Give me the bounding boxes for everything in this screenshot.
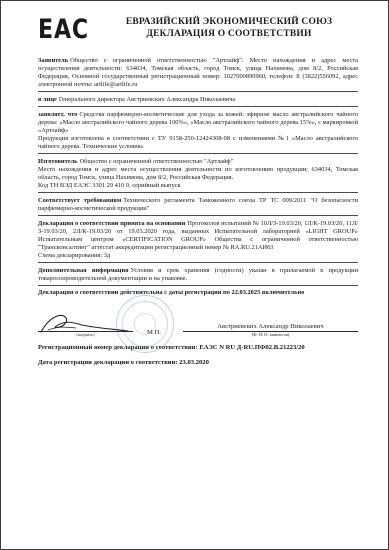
representative-label: в лице <box>38 96 57 103</box>
signature-field: (подпись) <box>38 331 133 337</box>
union-title: ЕВРАЗИЙСКИЙ ЭКОНОМИЧЕСКИЙ СОЮЗ <box>100 16 358 28</box>
applicant-label: Заявитель <box>38 57 68 64</box>
registration-date-line: Дата регистрации декларации о соответств… <box>38 359 358 367</box>
declares-label: заявляет, что <box>38 111 77 118</box>
section-declares: заявляет, чтоСредства парфюмерно-космети… <box>38 109 358 154</box>
document-title: ДЕКЛАРАЦИЯ О СООТВЕТСТВИИ <box>100 28 358 40</box>
applicant-text: Общество с ограниченной ответственностью… <box>38 57 358 88</box>
signatory-field: Австриевских Александр Николаевич (Ф. И.… <box>183 323 358 337</box>
product-standard-text: Продукция изготовлена в соответствии с Т… <box>38 135 358 151</box>
section-basis: Декларация о соответствии принята на осн… <box>38 218 358 263</box>
basis-label: Декларация о соответствии принята на осн… <box>38 220 185 227</box>
declares-text: Средства парфюмерно-косметические для ух… <box>38 111 358 134</box>
signatory-name: Австриевских Александр Николаевич <box>183 323 358 331</box>
section-representative: в лицеГенерального директора Австриевски… <box>38 94 358 107</box>
section-applicant: ЗаявительОбщество с ограниченной ответст… <box>38 55 358 92</box>
declaration-scheme: Схема декларирования: 3д <box>38 252 358 260</box>
eac-mark-logo: ЕАС <box>38 15 89 45</box>
validity-statement: Декларация о соответствии действительна … <box>38 289 358 297</box>
declaration-document: ЕАС ЕВРАЗИЙСКИЙ ЭКОНОМИЧЕСКИЙ СОЮЗ ДЕКЛА… <box>0 0 389 550</box>
header-titles: ЕВРАЗИЙСКИЙ ЭКОНОМИЧЕСКИЙ СОЮЗ ДЕКЛАРАЦИ… <box>100 13 358 40</box>
compliance-label: Соответствует требованиям <box>38 197 121 204</box>
registration-number-line: Регистрационный номер декларации о соотв… <box>38 344 358 352</box>
manufacturer-address: Место нахождения и адрес места осуществл… <box>38 166 358 182</box>
manufacturer-text: Общество с ограниченной ответственностью… <box>80 158 234 165</box>
representative-text: Генерального директора Австриевских Алек… <box>59 96 235 103</box>
additional-info-label: Дополнительная информация <box>38 267 129 274</box>
signature-row: (подпись) М.П. Австриевских Александр Ни… <box>38 311 358 337</box>
document-header: ЕАС ЕВРАЗИЙСКИЙ ЭКОНОМИЧЕСКИЙ СОЮЗ ДЕКЛА… <box>38 13 358 45</box>
mp-seal-label: М.П. <box>147 329 161 336</box>
signatory-caption: (Ф. И. О. заявителя) <box>183 332 358 337</box>
manufacturer-label: Изготовитель <box>38 158 78 165</box>
section-compliance: Соответствует требованиямТехнического ре… <box>38 195 358 216</box>
manufacturer-code: Код ТН ВЭД ЕАЭС 3301 29 410 0, серийный … <box>38 182 358 190</box>
document-content: ЕАС ЕВРАЗИЙСКИЙ ЭКОНОМИЧЕСКИЙ СОЮЗ ДЕКЛА… <box>1 1 388 367</box>
section-additional-info: Дополнительная информацияУсловия и срок … <box>38 265 358 286</box>
section-manufacturer: ИзготовительОбщество с ограниченной отве… <box>38 156 358 193</box>
handwritten-signature <box>38 310 130 336</box>
